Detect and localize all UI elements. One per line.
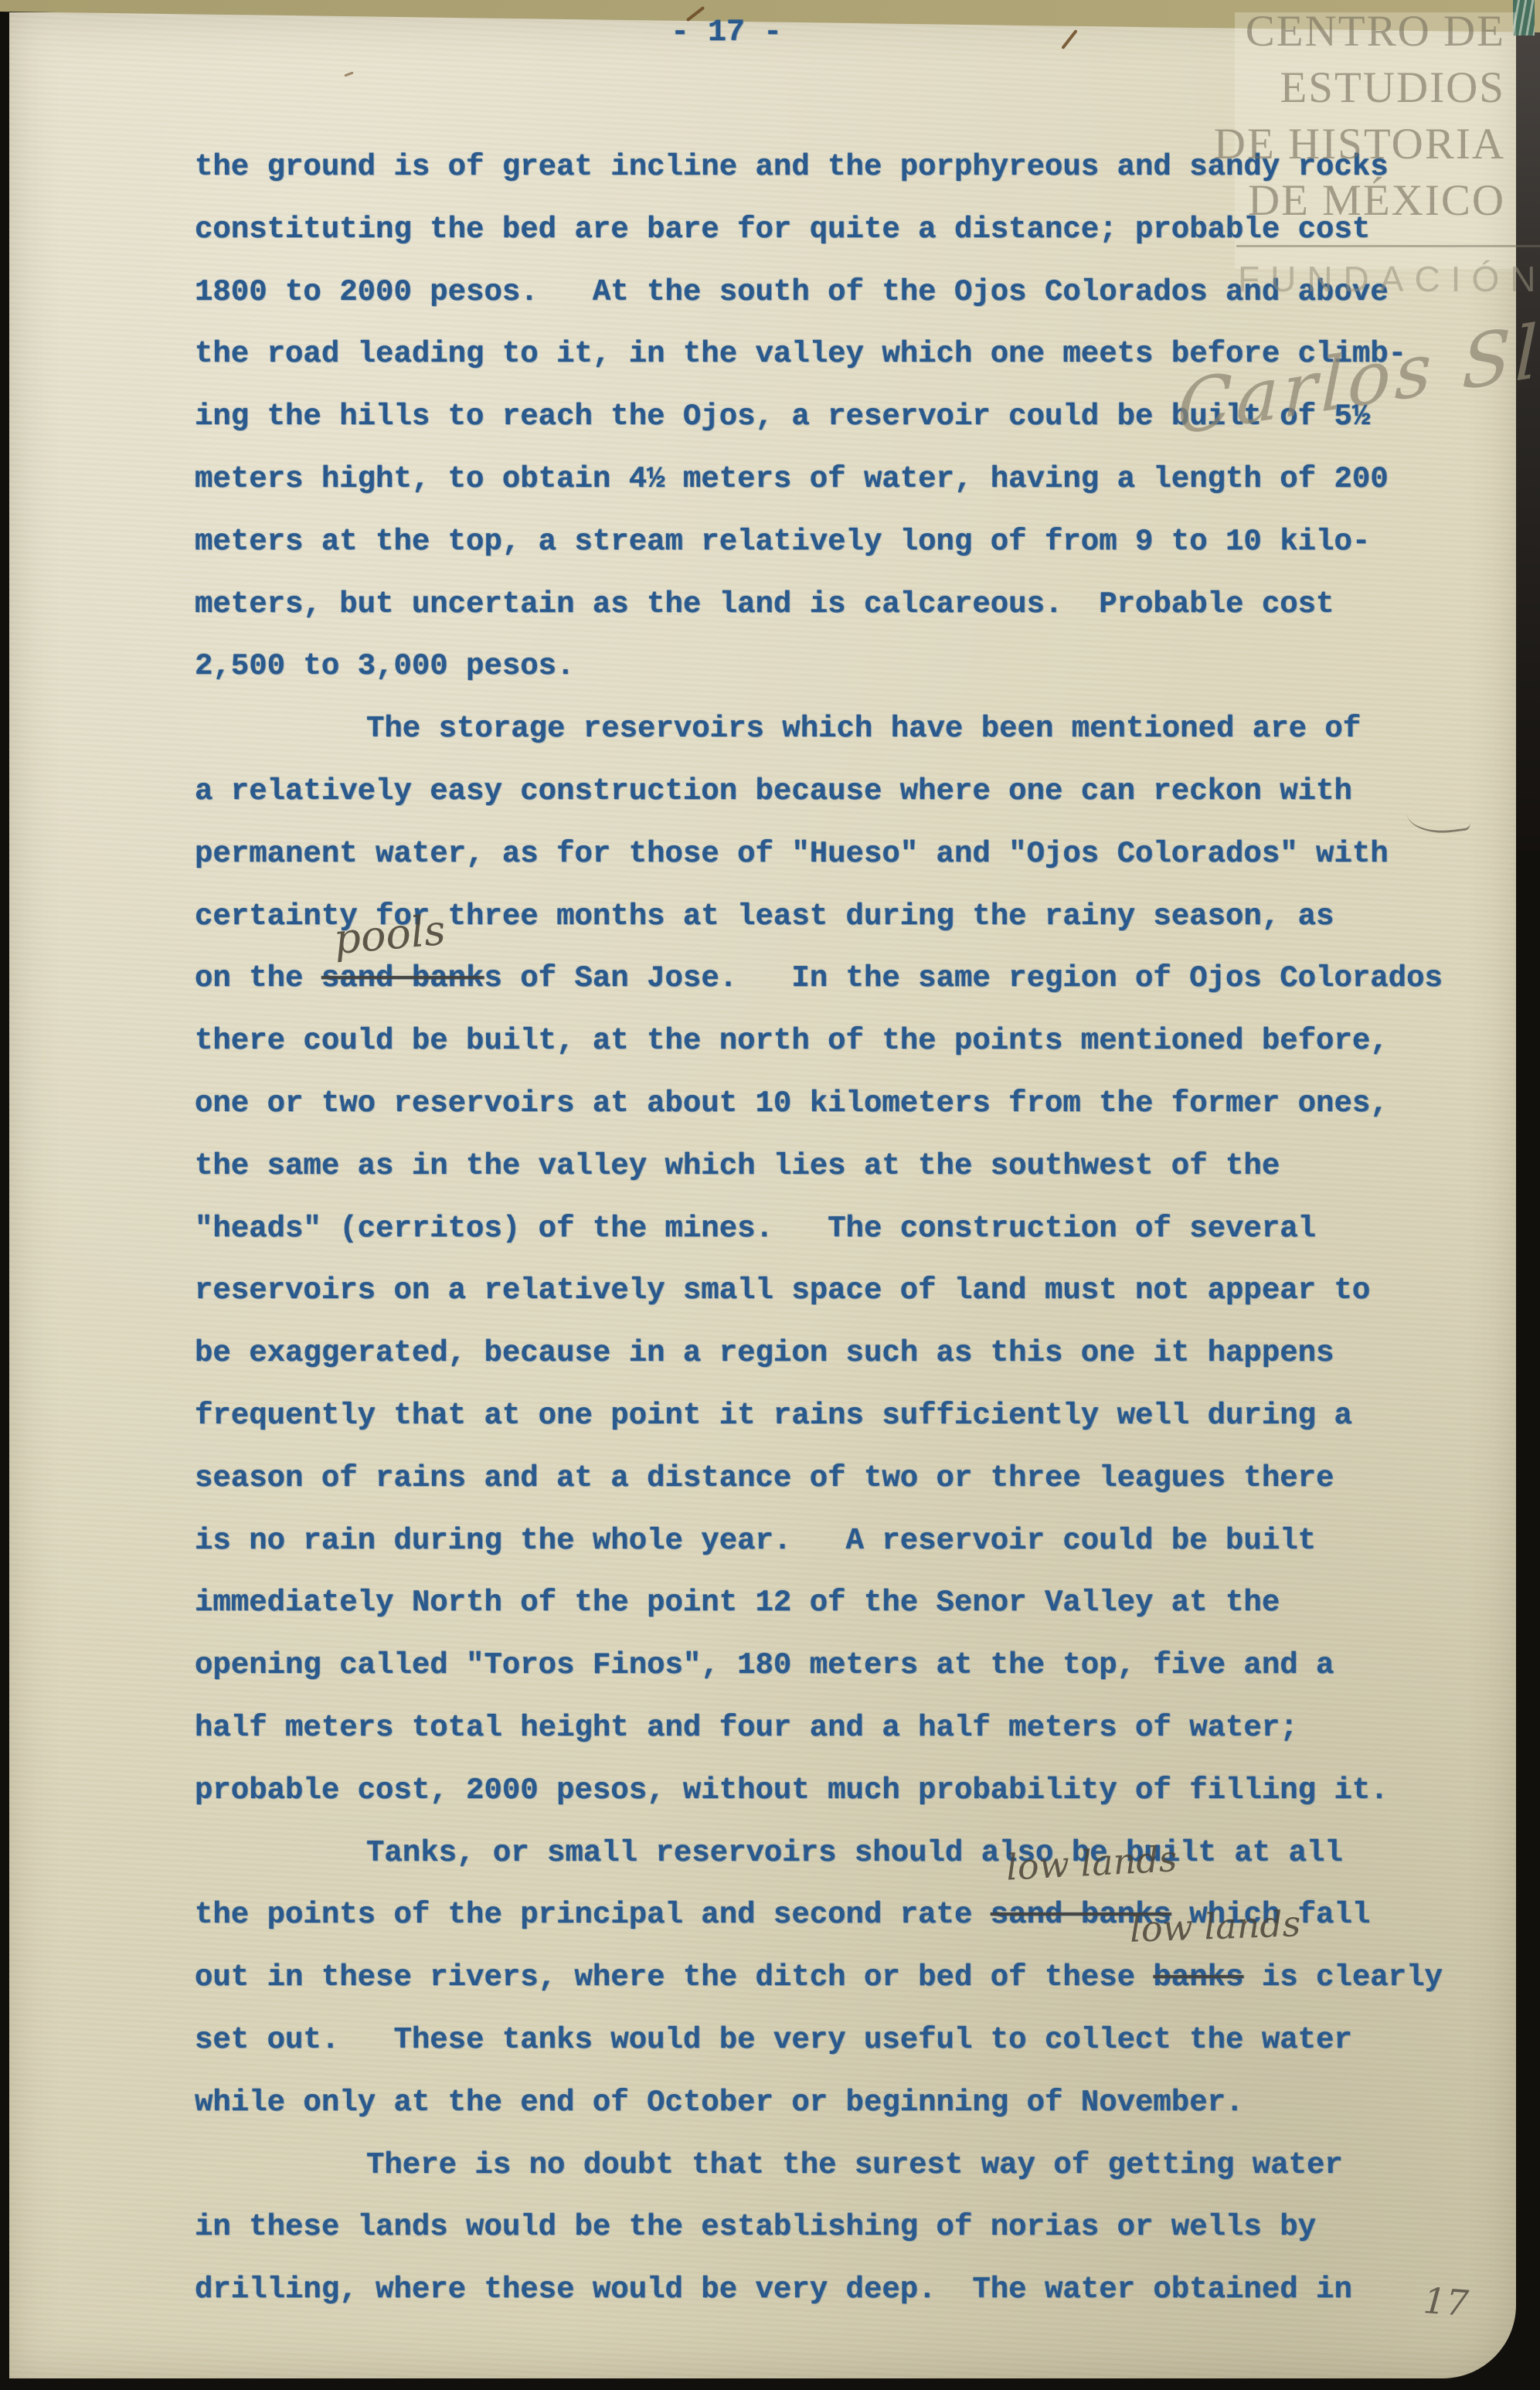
typed-line: Tanks, or small reservoirs should also b… — [195, 1836, 1443, 1899]
typed-line: while only at the end of October or begi… — [195, 2086, 1443, 2148]
typed-text-segment: frequently that at one point it rains su… — [195, 1399, 1352, 1433]
watermark-foundation: FUNDACIÓN — [1238, 258, 1540, 300]
handwritten-correction-low-lands-2: low lands — [1129, 1902, 1301, 1950]
typed-line: meters, but uncertain as the land is cal… — [195, 587, 1443, 650]
typed-text-segment: out in these rivers, where the ditch or … — [195, 1960, 1153, 1994]
typed-text-segment: one or two reservoirs at about 10 kilome… — [195, 1086, 1389, 1120]
typed-text-segment: Tanks, or small reservoirs should also b… — [366, 1836, 1343, 1870]
typed-line: one or two reservoirs at about 10 kilome… — [195, 1086, 1443, 1149]
typed-line: permanent water, as for those of "Hueso"… — [195, 837, 1443, 899]
watermark-rule — [1236, 245, 1540, 247]
typed-text-segment: The storage reservoirs which have been m… — [366, 712, 1361, 746]
archive-watermark: CENTRO DE ESTUDIOS DE HISTORIA DE MÉXICO — [1082, 3, 1505, 229]
typed-text-segment: meters hight, to obtain 4½ meters of wat… — [195, 462, 1389, 496]
typed-text-segment: permanent water, as for those of "Hueso"… — [195, 837, 1389, 871]
typed-line: opening called "Toros Finos", 180 meters… — [195, 1648, 1443, 1711]
typed-line: 2,500 to 3,000 pesos. — [195, 649, 1443, 712]
typed-line: The storage reservoirs which have been m… — [195, 712, 1443, 774]
typed-text-segment: there could be built, at the north of th… — [195, 1024, 1389, 1058]
typed-text-segment: is clearly — [1243, 1960, 1442, 1994]
typed-line: a relatively easy construction because w… — [195, 774, 1443, 837]
typed-text-segment: is no rain during the whole year. A rese… — [195, 1524, 1316, 1558]
handwritten-correction-low-lands-1: low lands — [1005, 1838, 1178, 1889]
typed-line: the same as in the valley which lies at … — [195, 1149, 1443, 1212]
typed-text-segment: half meters total height and four and a … — [195, 1711, 1298, 1745]
typed-text-segment: opening called "Toros Finos", 180 meters… — [195, 1648, 1334, 1682]
typed-text-segment: immediately North of the point 12 of the… — [195, 1586, 1280, 1620]
typed-line: be exaggerated, because in a region such… — [195, 1336, 1443, 1399]
typed-text-segment: set out. These tanks would be very usefu… — [195, 2023, 1352, 2057]
handwritten-correction-pools: pools — [332, 906, 448, 964]
typed-line: set out. These tanks would be very usefu… — [195, 2023, 1443, 2086]
typed-line: There is no doubt that the surest way of… — [195, 2148, 1443, 2211]
typed-line: immediately North of the point 12 of the… — [195, 1586, 1443, 1648]
corner-clip — [1513, 0, 1535, 36]
typed-text-segment: probable cost, 2000 pesos, without much … — [195, 1773, 1389, 1807]
typed-line: in these lands would be the establishing… — [195, 2210, 1443, 2273]
typed-line: reservoirs on a relatively small space o… — [195, 1273, 1443, 1336]
typed-text-segment: while only at the end of October or begi… — [195, 2086, 1243, 2120]
typed-line: probable cost, 2000 pesos, without much … — [195, 1773, 1443, 1836]
typed-text-segment: season of rains and at a distance of two… — [195, 1461, 1334, 1495]
typed-line: season of rains and at a distance of two… — [195, 1461, 1443, 1524]
watermark-line: DE HISTORIA — [1082, 116, 1505, 172]
typed-text-segment: on the — [195, 961, 321, 995]
typed-text-segment: reservoirs on a relatively small space o… — [195, 1273, 1370, 1307]
typed-text-segment: meters, but uncertain as the land is cal… — [195, 587, 1334, 621]
typed-line: half meters total height and four and a … — [195, 1711, 1443, 1773]
typed-text: the ground is of great incline and the p… — [195, 150, 1443, 2335]
scanned-document: { "page": { "header_number": "- 17 -", "… — [0, 0, 1540, 2390]
typed-line: on the sand banks of San Jose. In the sa… — [195, 961, 1443, 1024]
typed-text-segment: a relatively easy construction because w… — [195, 774, 1352, 808]
typed-text-segment: meters at the top, a stream relatively l… — [195, 525, 1370, 559]
typed-text-segment: 1800 to 2000 pesos. At the south of the … — [195, 275, 1389, 309]
watermark-line: CENTRO DE — [1082, 3, 1505, 59]
typed-text-segment: in these lands would be the establishing… — [195, 2210, 1316, 2244]
typed-text-segment: the same as in the valley which lies at … — [195, 1149, 1280, 1183]
pencil-page-number: 17 — [1422, 2280, 1470, 2324]
struck-text: banks — [1153, 1960, 1243, 1994]
typed-text-segment: the points of the principal and second r… — [195, 1898, 991, 1932]
typed-line: is no rain during the whole year. A rese… — [195, 1524, 1443, 1586]
typed-line: meters at the top, a stream relatively l… — [195, 525, 1443, 587]
typed-line: drilling, where these would be very deep… — [195, 2273, 1443, 2335]
typed-text-segment: 2,500 to 3,000 pesos. — [195, 649, 574, 683]
typed-text-segment: There is no doubt that the surest way of… — [366, 2148, 1343, 2182]
typed-line: meters hight, to obtain 4½ meters of wat… — [195, 462, 1443, 525]
typed-text-segment: s of San Jose. In the same region of Ojo… — [484, 961, 1442, 995]
typed-line: there could be built, at the north of th… — [195, 1024, 1443, 1086]
typed-line: "heads" (cerritos) of the mines. The con… — [195, 1212, 1443, 1274]
typed-line: frequently that at one point it rains su… — [195, 1399, 1443, 1461]
struck-text: sand bank — [321, 961, 484, 995]
scan-background-edge — [1513, 0, 1540, 850]
watermark-line: ESTUDIOS — [1082, 59, 1505, 116]
typed-line: out in these rivers, where the ditch or … — [195, 1960, 1443, 2023]
typed-text-segment: "heads" (cerritos) of the mines. The con… — [195, 1212, 1316, 1246]
typed-text-segment: be exaggerated, because in a region such… — [195, 1336, 1334, 1370]
typed-text-segment: drilling, where these would be very deep… — [195, 2273, 1352, 2307]
watermark-line: DE MÉXICO — [1082, 172, 1505, 229]
